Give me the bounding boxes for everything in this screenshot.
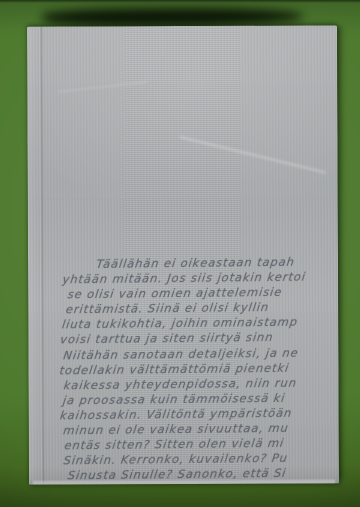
cloth-crease xyxy=(179,136,325,174)
page-block-edge xyxy=(33,479,335,484)
handwriting-text: Täällähän ei oikeastaan tapahyhtään mitä… xyxy=(57,254,338,484)
photo-background: Täällähän ei oikeastaan tapahyhtään mitä… xyxy=(0,0,360,507)
book-spine-hinge xyxy=(39,27,45,485)
scan-top-edge xyxy=(0,0,360,3)
book-cast-shadow xyxy=(42,7,304,28)
book-cover: Täällähän ei oikeastaan tapahyhtään mitä… xyxy=(27,25,339,484)
cloth-crease xyxy=(57,81,147,92)
